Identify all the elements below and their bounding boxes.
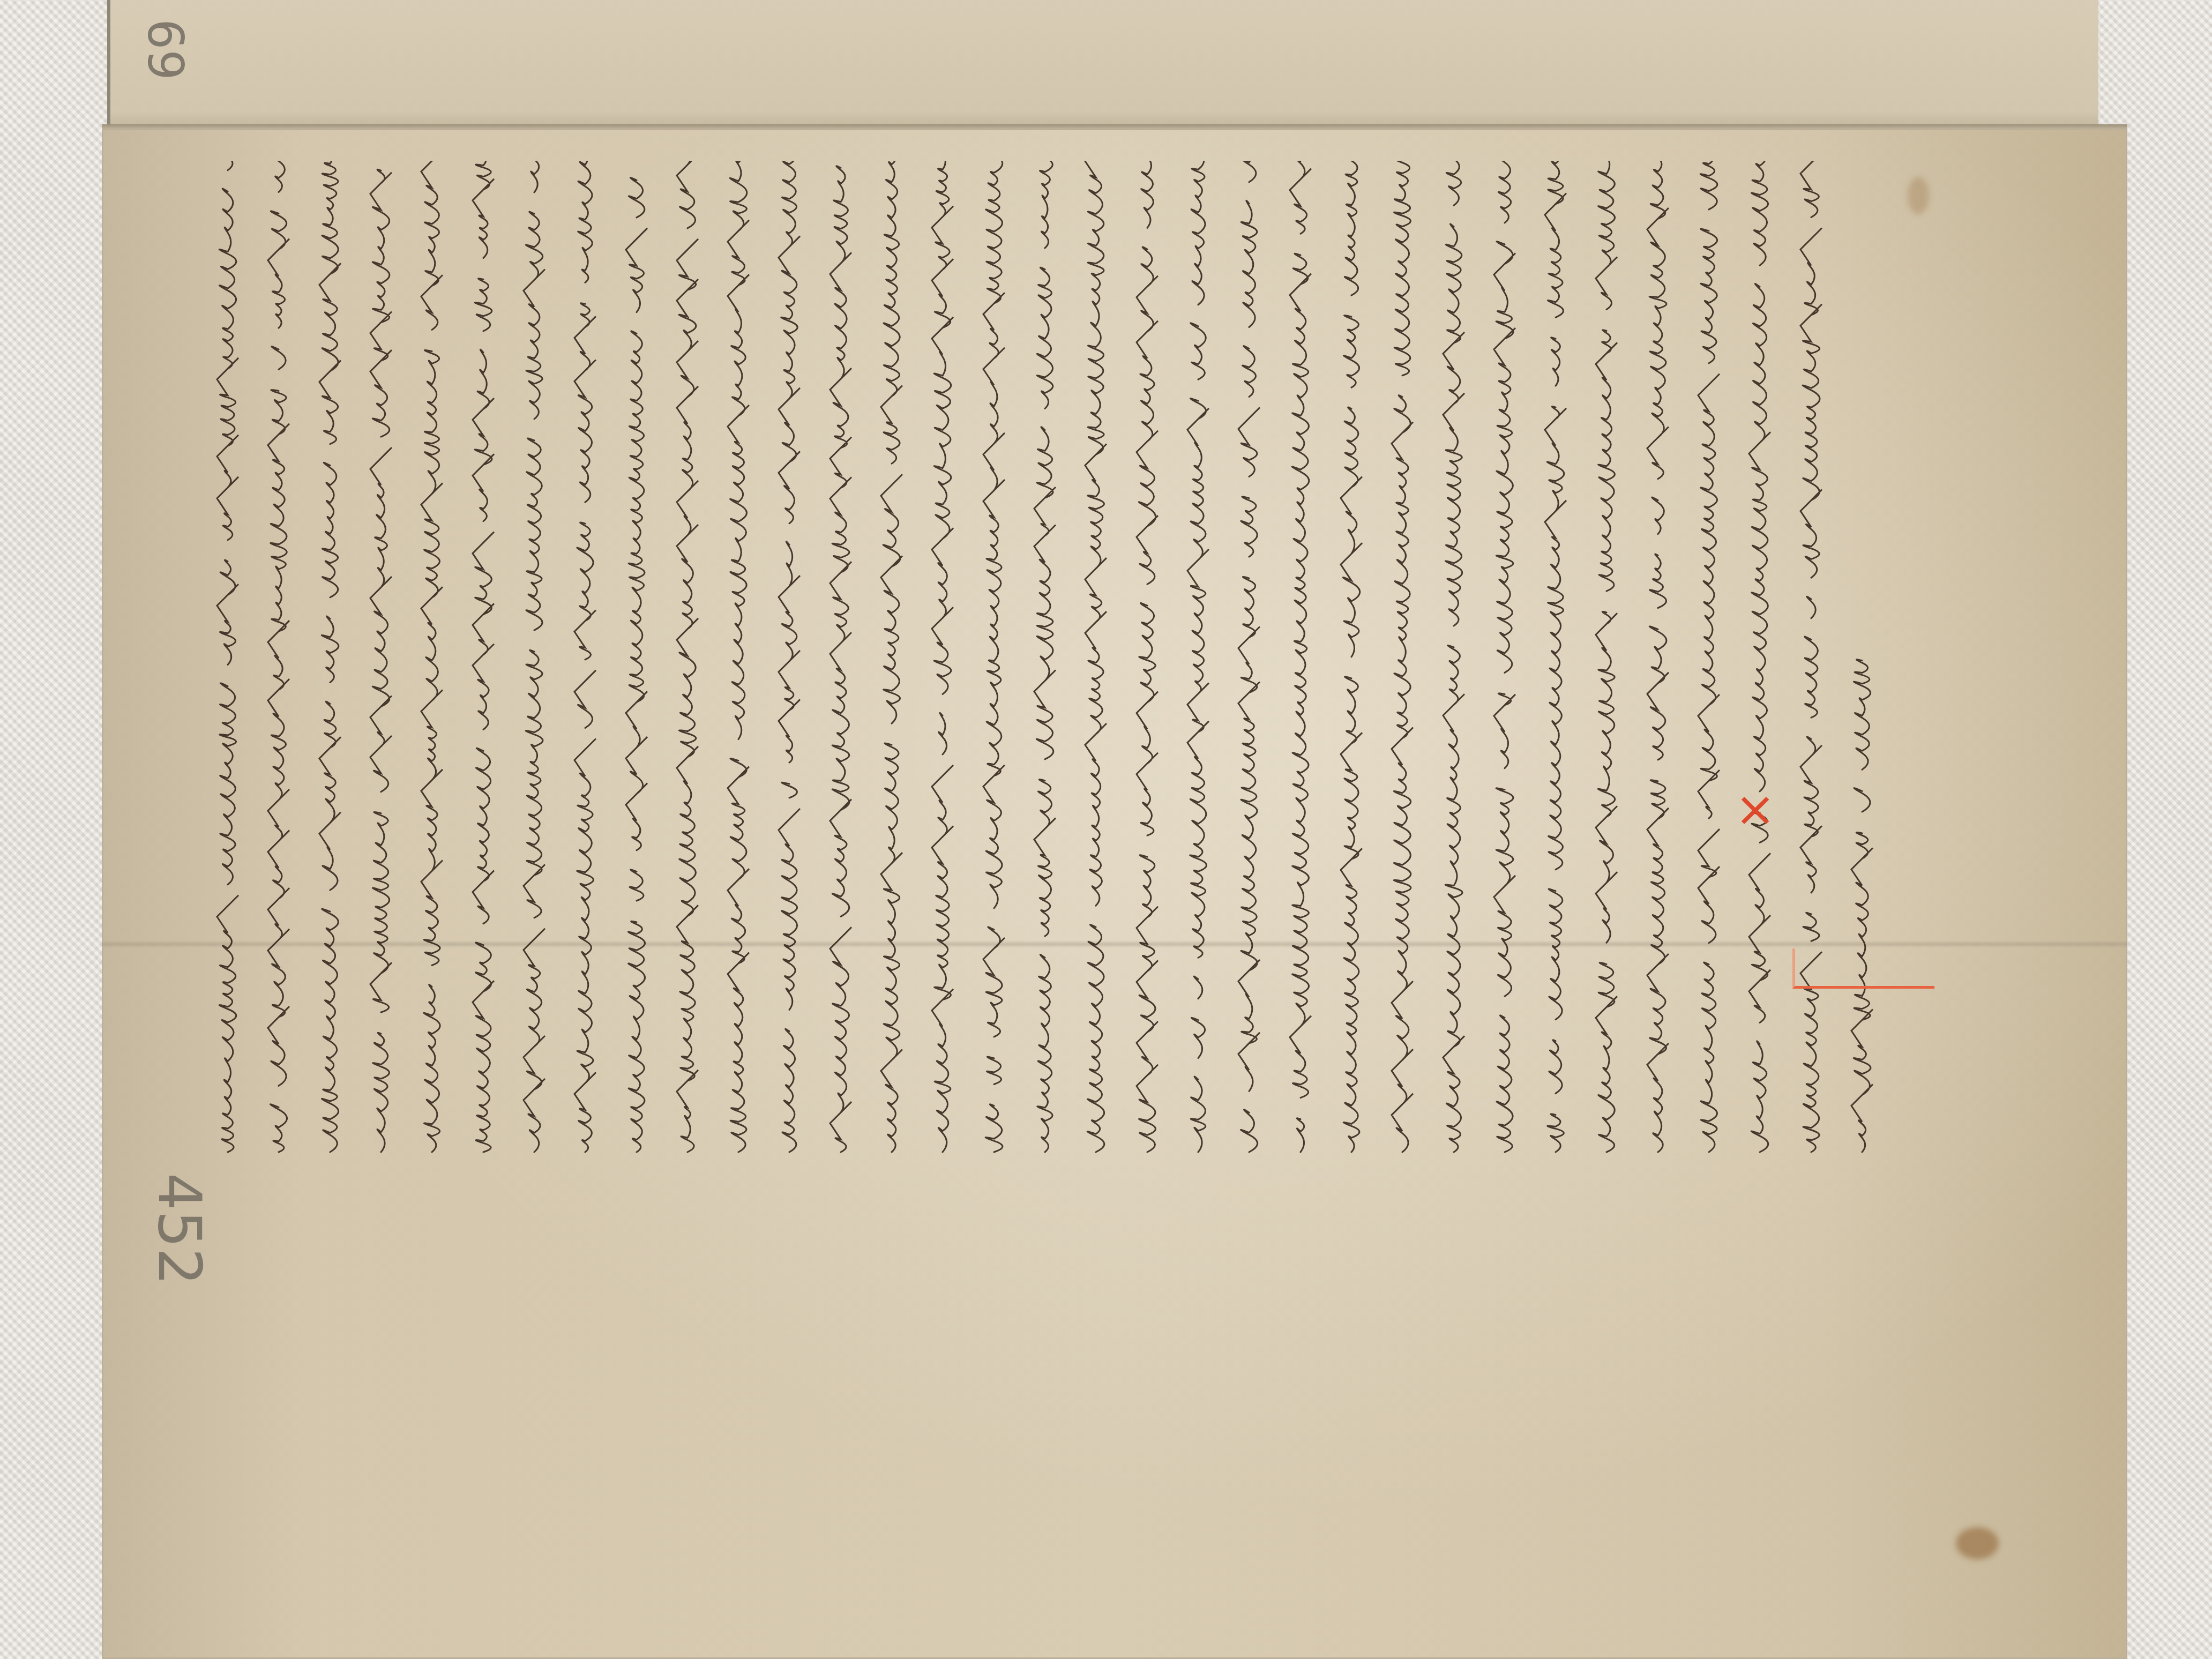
handwritten-line bbox=[1230, 161, 1268, 1179]
handwritten-line bbox=[873, 161, 910, 1179]
handwritten-line bbox=[924, 161, 961, 1179]
handwritten-line bbox=[975, 161, 1013, 1179]
handwritten-line bbox=[1333, 161, 1370, 1179]
handwritten-line bbox=[1639, 161, 1677, 1179]
handwritten-line bbox=[822, 161, 860, 1179]
handwritten-line bbox=[720, 161, 757, 1179]
handwritten-line bbox=[413, 161, 451, 1179]
handwritten-line bbox=[515, 161, 553, 1179]
handwritten-text-block bbox=[209, 161, 2058, 1179]
handwritten-line bbox=[1741, 161, 1778, 1179]
handwritten-line bbox=[566, 161, 604, 1179]
handwritten-line bbox=[260, 161, 297, 1179]
handwritten-line bbox=[1026, 161, 1064, 1179]
handwritten-line bbox=[618, 161, 655, 1179]
handwritten-line bbox=[209, 161, 246, 1179]
handwritten-line bbox=[1384, 161, 1421, 1179]
pencil-number-452: 452 bbox=[145, 1173, 214, 1286]
pencil-number-69: 69 bbox=[137, 19, 193, 80]
red-margin-bracket bbox=[1792, 948, 1934, 989]
handwritten-line bbox=[1537, 161, 1574, 1179]
handwritten-line bbox=[771, 161, 808, 1179]
handwritten-line bbox=[1435, 161, 1473, 1179]
handwritten-line bbox=[465, 161, 502, 1179]
handwritten-line bbox=[1179, 161, 1217, 1179]
handwritten-line bbox=[1588, 161, 1625, 1179]
handwritten-line bbox=[362, 161, 400, 1179]
handwritten-line bbox=[1077, 161, 1115, 1179]
handwritten-line bbox=[1486, 161, 1523, 1179]
handwritten-line bbox=[1843, 161, 1881, 1179]
handwritten-line bbox=[1690, 161, 1728, 1179]
top-flap bbox=[107, 0, 2098, 139]
stain bbox=[1956, 1527, 1999, 1559]
handwritten-line bbox=[1792, 161, 1830, 1179]
red-cross-mark: × bbox=[1728, 790, 1784, 831]
handwritten-line bbox=[669, 161, 706, 1179]
handwritten-line bbox=[1282, 161, 1319, 1179]
handwritten-line bbox=[311, 161, 349, 1179]
handwritten-line bbox=[1129, 161, 1166, 1179]
